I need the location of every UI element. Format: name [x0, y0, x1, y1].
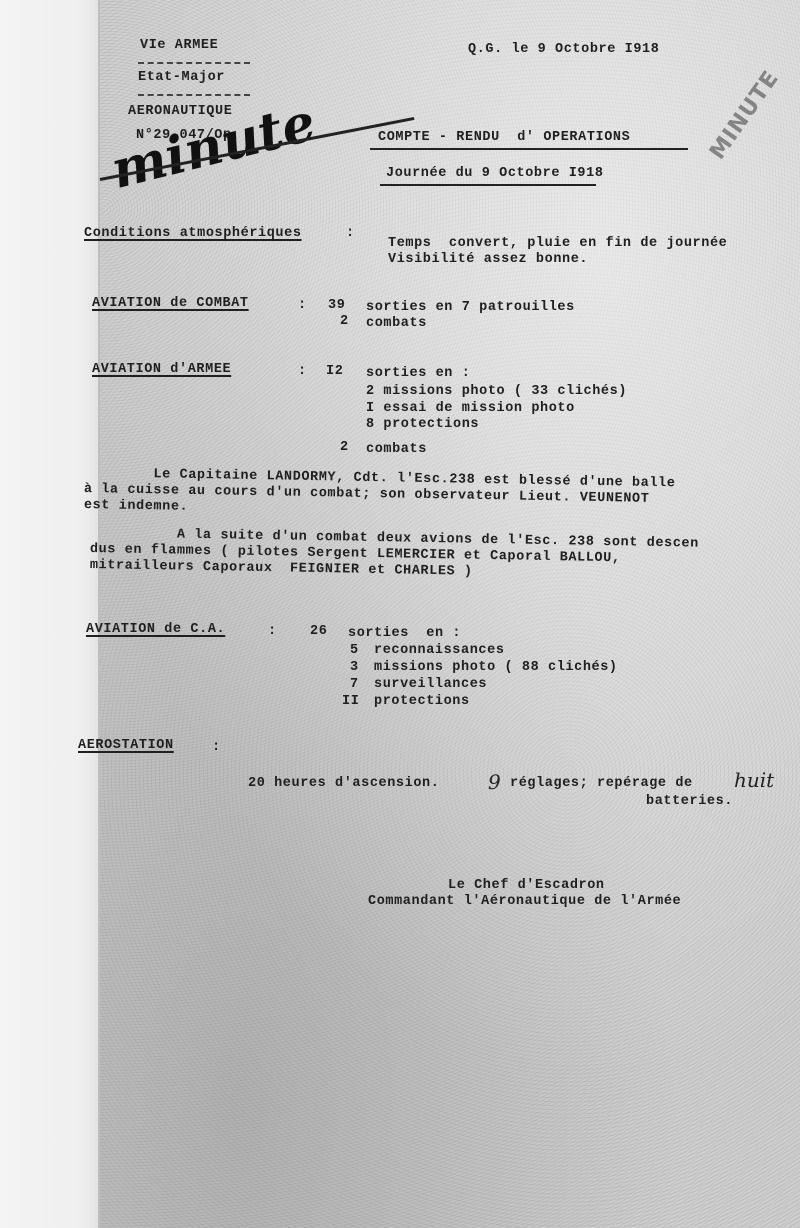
- conditions-line-1: Temps convert, pluie en fin de journée: [388, 236, 727, 251]
- ca-sorties-text: sorties en :: [348, 626, 461, 641]
- signature-line-1: Le Chef d'Escadron: [448, 878, 605, 893]
- combat-sorties-text: sorties en 7 patrouilles: [366, 300, 575, 315]
- ca-item-count: 7: [350, 677, 359, 692]
- conditions-label: Conditions atmosphériques: [84, 226, 302, 241]
- divider: [138, 94, 250, 97]
- ca-item-count: 5: [350, 643, 359, 658]
- armee-sorties-text: sorties en :: [366, 366, 470, 381]
- colon: :: [346, 226, 355, 241]
- ca-sorties-count: 26: [310, 624, 327, 639]
- colon: :: [298, 298, 307, 313]
- place-date: Q.G. le 9 Octobre I918: [468, 42, 659, 57]
- title-underline: [370, 148, 688, 150]
- ca-item-text: protections: [374, 694, 470, 709]
- armee-sorties-count: I2: [326, 364, 343, 379]
- aerostation-hours: 20 heures d'ascension.: [248, 776, 439, 791]
- aviation-ca-label: AVIATION de C.A.: [86, 622, 225, 637]
- ca-item-text: missions photo ( 88 clichés): [374, 660, 618, 675]
- ca-item-count: II: [342, 694, 359, 709]
- signature-line-2: Commandant l'Aéronautique de l'Armée: [368, 894, 681, 909]
- handwritten-word: huit: [734, 768, 774, 792]
- ca-item-text: surveillances: [374, 677, 487, 692]
- colon: :: [268, 624, 277, 639]
- page-edge: [0, 0, 100, 1228]
- armee-item: 8 protections: [366, 417, 479, 432]
- combat-combats-text: combats: [366, 316, 427, 331]
- paragraph-1-line-3: est indemne.: [84, 498, 189, 515]
- ca-item-text: reconnaissances: [374, 643, 505, 658]
- subtitle-underline: [380, 184, 596, 186]
- armee-combats-count: 2: [340, 440, 349, 455]
- aerostation-batteries: batteries.: [646, 794, 733, 809]
- aviation-combat-label: AVIATION de COMBAT: [92, 296, 249, 311]
- armee-combats-text: combats: [366, 442, 427, 457]
- unit-staff: Etat-Major: [138, 70, 225, 85]
- ca-item-count: 3: [350, 660, 359, 675]
- combat-sorties-count: 39: [328, 298, 345, 313]
- colon: :: [298, 364, 307, 379]
- aviation-armee-label: AVIATION d'ARMEE: [92, 362, 231, 377]
- divider: [138, 62, 250, 65]
- armee-item: I essai de mission photo: [366, 401, 575, 416]
- report-subtitle: Journée du 9 Octobre I918: [386, 166, 604, 181]
- conditions-line-2: Visibilité assez bonne.: [388, 252, 588, 267]
- report-title: COMPTE - RENDU d' OPERATIONS: [378, 130, 630, 145]
- armee-item: 2 missions photo ( 33 clichés): [366, 384, 627, 399]
- combat-combats-count: 2: [340, 314, 349, 329]
- handwritten-number: 9: [488, 770, 501, 794]
- colon: :: [212, 740, 221, 755]
- aerostation-reglages: réglages; repérage de: [510, 776, 693, 791]
- unit-army: VIe ARMEE: [140, 38, 218, 53]
- aerostation-label: AEROSTATION: [78, 738, 174, 753]
